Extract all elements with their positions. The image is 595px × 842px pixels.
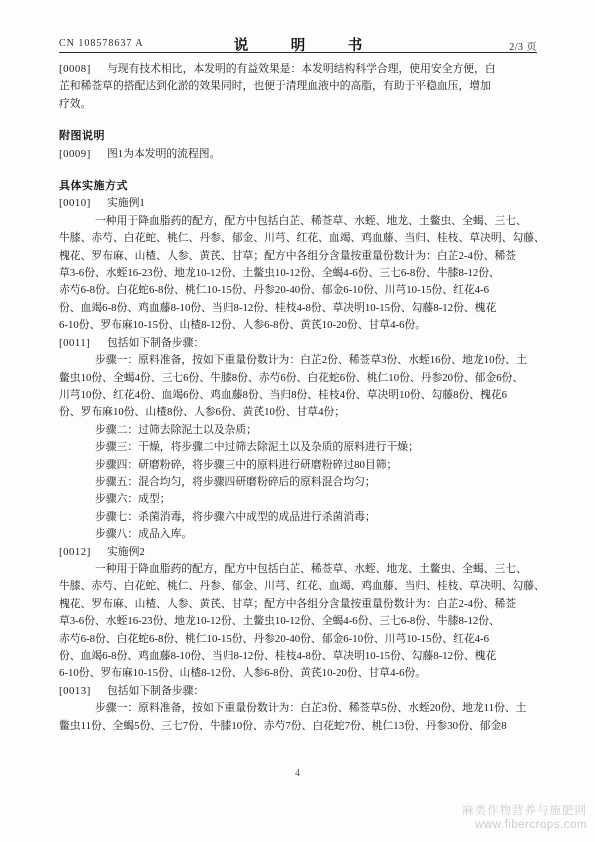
paragraph-tag: [0010] [59,195,107,212]
text-line: 牛膝、赤芍、白花蛇、桃仁、丹参、郁金、川芎、红花、血竭、鸡血藤、当归、桂枝、草决… [59,230,539,247]
text-line: 6-10份、罗布麻10-15份、山楂8-12份、人参6-8份、黄芪10-20份、… [59,317,539,334]
text-line: [0012]实施例2 [59,544,539,561]
watermark-site-name: 麻类作物营养与施肥网 [462,804,587,818]
text-line: 份、罗布麻10份、山楂8份、人参6份、黄芪10份、甘草4份； [59,404,539,421]
paragraph-text: 包括如下制备步骤： [107,337,204,349]
text-line: 份、血竭6-8份、鸡血藤8-10份、当归8-12份、桂枝4-8份、草决明10-1… [59,648,539,665]
text-line: 步骤六：成型； [59,491,539,508]
text-line: 芷和稀莶草的搭配达到化淤的效果同时，也便于清理血液中的高脂，有助于平稳血压，增加 [59,78,539,95]
text-line: 步骤四：研磨粉碎，将步骤三中的原料进行研磨粉碎过80目筛； [59,457,539,474]
paragraph-tag: [0011] [59,335,107,352]
text-line: 步骤一：原料准备，按如下重量份数计为：白芷3份、稀莶草5份、水蛭20份、地龙11… [59,700,539,717]
text-line: [0011]包括如下制备步骤： [59,335,539,352]
paragraph-text: 与现有技术相比，本发明的有益效果是：本发明结构科学合理，使用安全方便，白 [107,63,496,75]
text-line: 赤芍6-8份、白花蛇6-8份、桃仁10-15份、丹参20-40份、郁金6-10份… [59,282,539,299]
text-line: 步骤七：杀菌消毒，将步骤六中成型的成品进行杀菌消毒； [59,509,539,526]
text-line: 牛膝、赤芍、白花蛇、桃仁、丹参、郁金、川芎、红花、血竭、鸡血藤、当归、桂枝、草决… [59,578,539,595]
paragraph-tag: [0008] [59,61,107,78]
page-header: CN 108578637 A 说 明 书 2/3 页 [59,34,537,52]
page-number: 4 [0,768,595,779]
text-line: 草3-6份、水蛭16-23份、地龙10-12份、土鳖虫10-12份、全蝎4-6份… [59,265,539,282]
text-line: 份、血竭6-8份、鸡血藤8-10份、当归8-12份、桂枝4-8份、草决明10-1… [59,300,539,317]
paragraph-tag: [0009] [59,146,107,163]
paragraph-text: 包括如下制备步骤： [107,685,204,697]
text-line: 草3-6份、水蛭16-23份、地龙10-12份、土鳖虫10-12份、全蝎4-6份… [59,613,539,630]
text-line: [0008]与现有技术相比，本发明的有益效果是：本发明结构科学合理，使用安全方便… [59,61,539,78]
text-line: 步骤五：混合均匀，将步骤四研磨粉碎后的原料混合均匀； [59,474,539,491]
header-divider [59,52,537,53]
paragraph-text: 实施例1 [107,197,145,209]
text-line: 鳖虫11份、全蝎5份、三七7份、牛膝10份、赤芍7份、白花蛇7份、桃仁13份、丹… [59,718,539,735]
section-heading: 具体实施方式 [59,178,539,195]
document-body: [0008]与现有技术相比，本发明的有益效果是：本发明结构科学合理，使用安全方便… [59,61,539,735]
text-line: 一种用于降血脂药的配方，配方中包括白芷、稀莶草、水蛭、地龙、土鳖虫、全蝎、三七、 [59,213,539,230]
paragraph-text: 图1为本发明的流程图。 [107,148,220,160]
text-line: 步骤一：原料准备，按如下重量份数计为：白芷2份、稀莶草3份、水蛭16份、地龙10… [59,352,539,369]
text-line: 赤芍6-8份、白花蛇6-8份、桃仁10-15份、丹参20-40份、郁金6-10份… [59,631,539,648]
text-line: 步骤二：过筛去除泥土以及杂质； [59,422,539,439]
text-line: 步骤三：干燥，将步骤二中过筛去除泥土以及杂质的原料进行干燥； [59,439,539,456]
paragraph-text: 实施例2 [107,546,145,558]
text-line: 步骤八：成品入库。 [59,526,539,543]
text-line: [0010]实施例1 [59,195,539,212]
watermark: 麻类作物营养与施肥网 www.fibercrops.com [462,804,587,832]
section-heading: 附图说明 [59,128,539,145]
watermark-url: www.fibercrops.com [462,818,587,832]
text-line: 一种用于降血脂药的配方，配方中包括白芷、稀莶草、水蛭、地龙、土鳖虫、全蝎、三七、 [59,561,539,578]
sheet-page-indicator: 2/3 页 [509,38,537,53]
text-line: 槐花、罗布麻、山楂、人参、黄芪、甘草；配方中各组分含量按重量份数计为：白芷2-4… [59,596,539,613]
text-line: 槐花、罗布麻、山楂、人参、黄芪、甘草；配方中各组分含量按重量份数计为：白芷2-4… [59,248,539,265]
paragraph-tag: [0013] [59,683,107,700]
text-line: 鳖虫10份、全蝎4份、三七6份、牛膝8份、赤芍6份、白花蛇6份、桃仁10份、丹参… [59,370,539,387]
paragraph-tag: [0012] [59,544,107,561]
text-line: 川芎10份、红花4份、血竭6份、鸡血藤8份、当归8份、桂枝4份、草决明10份、勾… [59,387,539,404]
patent-specification-page: CN 108578637 A 说 明 书 2/3 页 [0008]与现有技术相比… [0,0,595,842]
text-line: [0009]图1为本发明的流程图。 [59,146,539,163]
text-line: 6-10份、罗布麻10-15份、山楂8-12份、人参6-8份、黄芪10-20份、… [59,665,539,682]
text-line: 疗效。 [59,96,539,113]
text-line: [0013]包括如下制备步骤： [59,683,539,700]
